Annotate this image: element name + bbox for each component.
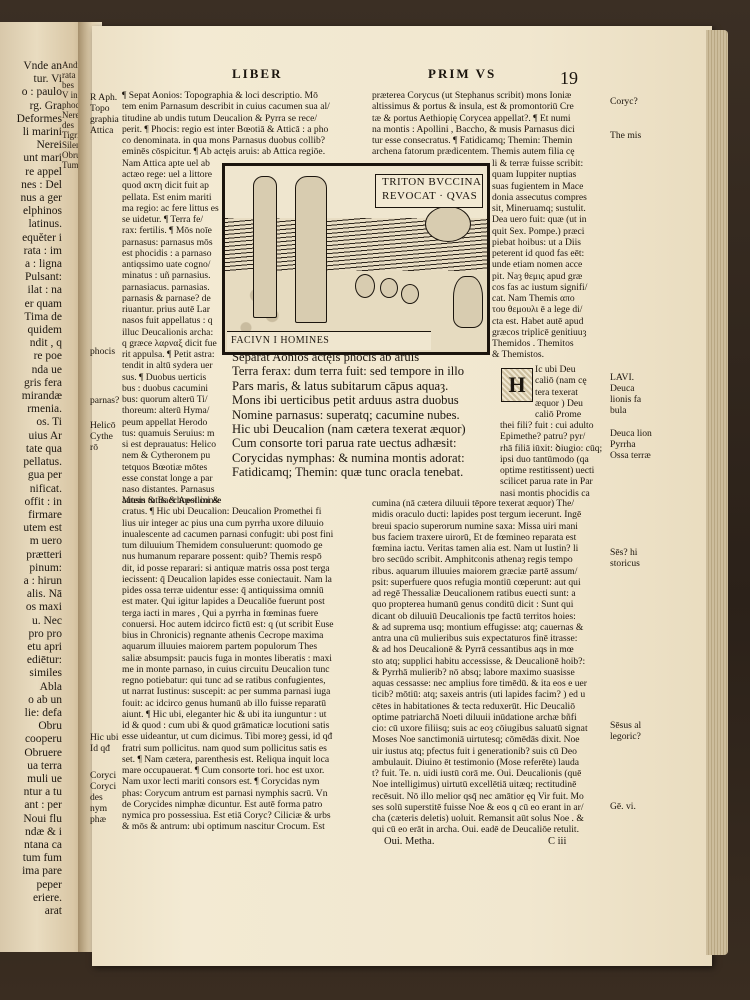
woodcut-banner: TRITON BVCCINA REVOCAT · QVAS	[375, 174, 483, 208]
text-line: thei fili? fuit : cui adulto	[500, 420, 606, 431]
text-line: Noui flu	[0, 813, 62, 826]
text-line: cat. Nam Themis απο	[492, 293, 604, 304]
text-line: Moses Noe sanctimoniā uirtutesq; cōmēdās…	[372, 734, 608, 745]
text-line: saliæ absumpsit: paucis fuga in montes l…	[122, 653, 368, 664]
text-line: dit, id posse reparari: si antiquæ matri…	[122, 563, 368, 574]
text-line: tum diluuium Themidem consuluerunt: quom…	[122, 540, 368, 551]
text-line: Dea uero fuit: quæ (ut in	[492, 214, 604, 225]
text-line: rmenia.	[0, 403, 62, 416]
text-line: cratus. ¶ Hic ubi Deucalion: Deucalion P…	[122, 506, 368, 517]
text-line: Noe intelligimus) uirtutū excellētiā uit…	[372, 779, 608, 790]
text-line: Musis & Bacchoest conse	[122, 495, 368, 506]
figure-emerging-person	[401, 284, 419, 304]
text-line: pinum:	[0, 562, 62, 575]
text-line: cta est. Habet autē apud	[492, 316, 604, 327]
text-line: o : paulo	[0, 86, 62, 99]
text-line: alis. Nā	[0, 588, 62, 601]
text-line: set. ¶ Nam cætera, parenthesis est. Reli…	[122, 754, 368, 765]
text-line: ut narrat Iustinus: suscepit: ac per sum…	[122, 686, 368, 697]
text-line: bus faciem traxere uirorū, Et de fœmineo…	[372, 532, 608, 543]
text-line: unt mari	[0, 152, 62, 165]
text-line: mare occupauerat. ¶ Cum consorte tori. h…	[122, 765, 368, 776]
text-line: rg. Gra	[0, 100, 62, 113]
text-line: Nomine parnasus: superatq; cacumine nube…	[232, 408, 466, 422]
margin-note: Hic ubi Id qđ	[90, 732, 122, 754]
text-line: quam Iuppiter nuptias	[492, 169, 604, 180]
text-line: Deformes	[0, 113, 62, 126]
commentary-right-column: cumina (nā cætera diluuii tēpore texerat…	[372, 498, 608, 836]
text-line: lie: defa	[0, 707, 62, 720]
text-line: fouit: ac idcirco genus humanū ab illo f…	[122, 698, 368, 709]
text-line: piebat hoibus: ut a Diis	[492, 237, 604, 248]
text-line: Pars maris, & latus subitarum cāpus aqua…	[232, 379, 466, 393]
text-line: q græce λαρναξ dicit fue	[122, 338, 220, 349]
text-line: unde etiam nomen acce	[492, 259, 604, 270]
text-line: Fatidicamq; Themin: quæ tunc oracla tene…	[232, 465, 466, 479]
text-line: Corycidas nymphas: & numina montis adora…	[232, 451, 466, 465]
text-line: cumina (nā cætera diluuii tēpore texerat…	[372, 498, 608, 509]
text-line: & ad suprema usq; montium effugisse: atq…	[372, 622, 608, 633]
text-line: ses solū superstitē fuisse Noe & eos q c…	[372, 802, 608, 813]
woodcut-caption: FACIVN I HOMINES	[227, 331, 431, 350]
text-line: offit : in	[0, 496, 62, 509]
text-line: bius in Chronicis) regnante athenis Cecr…	[122, 630, 368, 641]
text-line: er quam	[0, 298, 62, 311]
text-line: rhā filiā iūxit: ꝺiugio: cūq;	[500, 443, 606, 454]
text-line: Mons ibi uerticibus petit arduus astra d…	[232, 393, 466, 407]
text-line: elphinos	[0, 205, 62, 218]
text-line: nymica pro possessiua. Est etiā Coryc? C…	[122, 810, 368, 821]
text-line: equĕter i	[0, 232, 62, 245]
text-line: u. Nec	[0, 615, 62, 628]
text-line: tum fum	[0, 852, 62, 865]
text-line: του θεμουλι ē a lege di/	[492, 304, 604, 315]
footer-source-note: Oui. Metha.	[384, 836, 434, 847]
commentary-right-narrow: li & terræ fuisse scribit:quam Iuppiter …	[492, 158, 604, 361]
text-line: sit, Mineruamq; sustulit.	[492, 203, 604, 214]
text-line: m uero	[0, 535, 62, 548]
banner-line: TRITON BVCCINA	[382, 175, 482, 189]
text-line: sto atq; supplici habitu accessisse, & D…	[372, 656, 608, 667]
text-line: t? fuit. Te. n. uidi iustū corā me. Oui.…	[372, 768, 608, 779]
margin-note: LAVI. Deuca lionis fa bula	[610, 372, 654, 416]
text-line: nem & Cytheronem pu	[122, 450, 220, 461]
text-line: id & quod : cum ubi & quod grāmaticæ loc…	[122, 720, 368, 731]
figure-emerging-person	[355, 274, 375, 298]
commentary-left-column: Musis & Bacchoest consecratus. ¶ Hic ubi…	[122, 495, 368, 833]
text-line: rax: fertilis. ¶ Mōs noīe	[122, 225, 220, 236]
text-line: & Themistos.	[492, 349, 604, 360]
text-line: ua terra	[0, 760, 62, 773]
commentary-intro: ¶ Sepat Aonios: Topographia & loci descr…	[122, 90, 368, 169]
text-line: Themidos . Themitos	[492, 338, 604, 349]
text-line: ad regē Thessaliæ Deucalionem ratibus eu…	[372, 588, 608, 599]
text-line: ima pare	[0, 865, 62, 878]
text-line: Abla	[0, 681, 62, 694]
text-line: parnasus: parnasus mōs	[122, 237, 220, 248]
running-head-left: LIBER	[232, 66, 282, 82]
text-line: qui cū eo erāt in archa. Oui. eadē de De…	[372, 824, 608, 835]
text-line: eriere.	[0, 892, 62, 905]
text-line: parnasiacus. parnasias.	[122, 282, 220, 293]
text-line: tera texerat	[535, 387, 607, 398]
text-line: muli ue	[0, 773, 62, 786]
text-line: cētes in habitationes & tecta reduxerūt.…	[372, 701, 608, 712]
text-line: riuantur. prius autē Lar	[122, 304, 220, 315]
text-line: firmare	[0, 509, 62, 522]
text-line: nificat.	[0, 483, 62, 496]
text-line: li & terræ fuisse scribit:	[492, 158, 604, 169]
text-line: bus: quorum alterū Ti/	[122, 394, 220, 405]
text-line: antiqssimo uate cogno/	[122, 259, 220, 270]
text-line: breui spacio superorum numine saxa: Miss…	[372, 521, 608, 532]
text-line: peper	[0, 879, 62, 892]
text-line: rata : im	[0, 245, 62, 258]
text-line: tem enim Parnasum describit in cuius cac…	[122, 101, 368, 112]
text-line: Obruere	[0, 747, 62, 760]
text-line: pides ossa terræ uidentur esse: q̄ antiq…	[122, 585, 368, 596]
text-line: uius Ar	[0, 430, 62, 443]
text-line: est phocidis : a parnaso	[122, 248, 220, 259]
text-line: gua per	[0, 469, 62, 482]
text-line: tate qua	[0, 443, 62, 456]
text-line: est mater. Qui igitur lapides a Deucaliō…	[122, 596, 368, 607]
text-line: tendit in altū sydera uer	[122, 360, 220, 371]
text-line: arat	[0, 905, 62, 918]
text-line: a : ligna	[0, 258, 62, 271]
text-line: Pulsant:	[0, 271, 62, 284]
text-line: ¶ Sepat Aonios: Topographia & loci descr…	[122, 90, 368, 101]
text-line: Obru	[0, 720, 62, 733]
text-line: terga iacti in mares , Qui a pyrrha in f…	[122, 608, 368, 619]
text-line: se uidetur. ¶ Terra fe/	[122, 214, 220, 225]
text-line: aquarum illuuies maiorem partem populoru…	[122, 641, 368, 652]
text-line: lius uir integer ac pius una cum pyrrha …	[122, 518, 368, 529]
running-head-right: PRIM VS	[428, 66, 496, 82]
left-page-text: Vnde antur. Vio : paulorg. GraDeformesli…	[0, 60, 62, 918]
margin-note: Sēsus al legoric?	[610, 720, 654, 742]
text-line: æquor ) Deu	[535, 398, 607, 409]
margin-note: Coryci Coryci des nym phæ	[90, 770, 122, 825]
text-line: fratri sum pollicitus. nam quod sum poll…	[122, 743, 368, 754]
text-line: Vnde an	[0, 60, 62, 73]
text-line: illuc Deucalionis archa:	[122, 327, 220, 338]
text-line: psit: superfuere quos refugia montiū cœp…	[372, 577, 608, 588]
text-line: pro pro	[0, 628, 62, 641]
text-line: præterea Corycus (ut Stephanus scribit) …	[372, 90, 600, 101]
text-line: perit. ¶ Phocis: regio est inter Bœotiā …	[122, 124, 368, 135]
text-line: co denominata. in qua mons Parnasus duob…	[122, 135, 368, 146]
text-line: cooperu	[0, 733, 62, 746]
text-line: nus humanum reparare possent: quib? Them…	[122, 551, 368, 562]
text-line: re appel	[0, 166, 62, 179]
text-line: similes	[0, 667, 62, 680]
text-line: ntana ca	[0, 839, 62, 852]
text-line: ma regio: ac fere littus es	[122, 203, 220, 214]
figure-deucalion	[253, 176, 277, 318]
text-line: rit appulsa. ¶ Petit astra:	[122, 349, 220, 360]
commentary-narrow-column: actæo rege: uel a littorequod ακτη dicit…	[122, 169, 220, 507]
text-line: optime restitissent) uecti	[500, 465, 606, 476]
text-line: tur. Vi	[0, 73, 62, 86]
text-line: ilat : na	[0, 284, 62, 297]
text-line: & Pyrrhā mulierib? nō absq; labore maxim…	[372, 667, 608, 678]
text-line: tus: quamuis Seruius: m	[122, 428, 220, 439]
text-line: Nerei	[0, 139, 62, 152]
text-line: ndit , q	[0, 337, 62, 350]
figure-pyrrha	[295, 176, 327, 323]
page-edges	[706, 30, 728, 955]
text-line: Separat Aonios actęis phocis ab aruis	[232, 350, 466, 364]
text-line: esse uideantur, ut cum dicimus. Tibi mor…	[122, 731, 368, 742]
margin-note: Sēs? hi storicus	[610, 547, 654, 569]
commentary-initial-lines: Ic ubi Deucaliō (nam cętera texeratæquor…	[535, 364, 607, 420]
text-line: Hic ubi Deucalion (nam cætera texerat æq…	[232, 422, 466, 436]
text-line: pellata. Est enim mariti	[122, 192, 220, 203]
text-line: a : hirun	[0, 575, 62, 588]
text-line: Epimethe? patru? pyr/	[500, 431, 606, 442]
text-line: etu apri	[0, 641, 62, 654]
margin-note: Gē. vi.	[610, 801, 654, 812]
text-line: ant : per	[0, 799, 62, 812]
text-line: ntur a tu	[0, 786, 62, 799]
text-line: gris fera	[0, 377, 62, 390]
text-line: quit Sex. Pompe.) præci	[492, 226, 604, 237]
text-line: ambulauit. Diuino ēt testimonio (Mose re…	[372, 757, 608, 768]
text-line: re poe	[0, 350, 62, 363]
text-line: peum appellat Herodo	[122, 417, 220, 428]
text-line: cio: cū uxore filiisq; suis ac eoȝ cōiug…	[372, 723, 608, 734]
text-line: pit. Naȝ θεμις apud græ	[492, 271, 604, 282]
commentary-after-initial: thei fili? fuit : cui adultoEpimethe? pa…	[500, 420, 606, 499]
text-line: li marini	[0, 126, 62, 139]
banner-line: REVOCAT · QVAS	[382, 189, 482, 203]
text-line: de Corycides nimphæ dicuntur. Est autē f…	[122, 799, 368, 810]
text-line: antra una cū mulieribus suis expectaturo…	[372, 633, 608, 644]
text-line: Terra ferax: dum terra fuit: sed tempore…	[232, 364, 466, 378]
text-line: aiunt. ¶ Hic ubi, eleganter hic & ubi it…	[122, 709, 368, 720]
text-line: o ab un	[0, 694, 62, 707]
text-line: phas: Corycum antrum est parnasi nymphis…	[122, 788, 368, 799]
margin-note: parnas?	[90, 395, 122, 406]
woodcut-illustration: TRITON BVCCINA REVOCAT · QVAS FACIVN I H…	[222, 163, 490, 355]
text-line: Cum consorte tori parua rate uectus adhæ…	[232, 436, 466, 450]
page-number: 19	[560, 68, 578, 89]
text-line: fœmina iactu. Veritas tamen alia est. Na…	[372, 543, 608, 554]
text-line: & mōs & antrum: ubi optimum nascitur Cro…	[122, 821, 368, 832]
text-line: inualescente ad cacumen parnasi confugit…	[122, 529, 368, 540]
text-line: sus. ¶ Duobus uerticis	[122, 372, 220, 383]
text-line: thoreum: alterū Hyma/	[122, 405, 220, 416]
text-line: Ic ubi Deu	[535, 364, 607, 375]
text-line: os. Ti	[0, 416, 62, 429]
verse-block: Separat Aonios actęis phocis ab aruisTer…	[232, 350, 466, 480]
margin-note: The mis	[610, 130, 654, 141]
text-line: titudine ab undis tutum Deucalion & Pyrr…	[122, 113, 368, 124]
text-line: actæo rege: uel a littore	[122, 169, 220, 180]
text-line: esse constat longe a par	[122, 473, 220, 484]
text-line: pellatus.	[0, 456, 62, 469]
text-line: tetquos Bœotiæ mōtes	[122, 462, 220, 473]
text-line: nda ue	[0, 364, 62, 377]
text-line: recēsuit. Nō illo melior qsq̄ nec amātio…	[372, 791, 608, 802]
text-line: iecissent: q̄ Deucalion lapides esse con…	[122, 574, 368, 585]
text-line: altissimus & portus & insula, est & prom…	[372, 101, 600, 112]
text-line: utem est	[0, 522, 62, 535]
text-line: prætteri	[0, 549, 62, 562]
text-line: quod ακτη dicit fuit ap	[122, 180, 220, 191]
text-line: latinus.	[0, 218, 62, 231]
margin-note: Helicō Cythe rō	[90, 420, 122, 453]
text-line: nus a ger	[0, 192, 62, 205]
text-line: nasos fuit appellatus : q	[122, 315, 220, 326]
text-line: aquas cessasse: nec amplius fore timēdū.…	[372, 678, 608, 689]
text-line: naso distantes. Parnasus	[122, 484, 220, 495]
text-line: regno potiebatur: qui tunc ad se ratibus…	[122, 675, 368, 686]
decorated-initial-letter: H	[501, 368, 533, 402]
text-line: cos fas ac iustum signifi/	[492, 282, 604, 293]
text-line: optime patriarchā Noeti diluuii inūdatio…	[372, 712, 608, 723]
margin-note: R Aph. Topo graphia Attica	[90, 92, 122, 136]
text-line: ipsi duo tantūmodo (qa	[500, 454, 606, 465]
text-line: ribus. aquarum illuuies maiorem græciæ p…	[372, 566, 608, 577]
text-line: ediētur:	[0, 654, 62, 667]
text-line: quidem	[0, 324, 62, 337]
text-line: caliō (nam cę	[535, 375, 607, 386]
text-line: bus : duobus cacumini	[122, 383, 220, 394]
text-line: mirandæ	[0, 390, 62, 403]
text-line: uir iustus atq; pfectus fuit i generatio…	[372, 746, 608, 757]
text-line: Tima de	[0, 311, 62, 324]
figure-triton-shell	[425, 206, 471, 242]
figure-seated-person	[453, 276, 483, 328]
text-line: me in monte parnaso, in cuius circuitu D…	[122, 664, 368, 675]
text-line: eminēs cōspicitur. ¶ Ab actęis aruis: ab…	[122, 146, 368, 157]
text-line: dicant ob diluuiū Deucalionis tpe factū …	[372, 611, 608, 622]
figure-emerging-person	[380, 278, 398, 298]
text-line: Nam uxor lecti mariti consors est. ¶ Cor…	[122, 776, 368, 787]
margin-note: Coryc?	[610, 96, 654, 107]
text-line: conuersi. Hoc autem idcirco fictū est: q…	[122, 619, 368, 630]
text-line: archena fatorum prædicentem. Themis aute…	[372, 146, 600, 157]
text-line: suas fugientem in Mace	[492, 181, 604, 192]
text-line: os maxi	[0, 601, 62, 614]
text-line: minatus : uñ parnasius.	[122, 270, 220, 281]
text-line: quo propterea humanū genus conditū dicit…	[372, 599, 608, 610]
text-line: ticib? mōtiū: atq; saxeis antris (uti la…	[372, 689, 608, 700]
text-line: si est deprauatus: Helico	[122, 439, 220, 450]
text-line: parnasis & parnase? de	[122, 293, 220, 304]
text-line: midis oraculo ducti: lapides post tergum…	[372, 509, 608, 520]
margin-note: phocis	[90, 346, 122, 357]
text-line: cha (cæteris deletis) uoluit. Remansit a…	[372, 813, 608, 824]
text-line: donia assecutus compres	[492, 192, 604, 203]
text-line: caliō Prome	[535, 409, 607, 420]
commentary-right-top: præterea Corycus (ut Stephanus scribit) …	[372, 90, 600, 158]
text-line: tur esse consecratus. ¶ Fatidicamq; Them…	[372, 135, 600, 146]
text-line: na montis : Apollini , Baccho, & musis P…	[372, 124, 600, 135]
text-line: peterent id quod fas eēt:	[492, 248, 604, 259]
margin-note: Deuca lion Pyrrha Ossa terræ	[610, 428, 654, 461]
text-line: tæ & portus Aethiopię Corycea appellat?.…	[372, 113, 600, 124]
text-line: ndæ & i	[0, 826, 62, 839]
text-line: græcos triplicē genitiuuȝ	[492, 327, 604, 338]
text-line: bro secūdo scribit. Amphitconis athenaȝ …	[372, 554, 608, 565]
text-line: scilicet parua rate in Par	[500, 476, 606, 487]
text-line: nes : Del	[0, 179, 62, 192]
text-line: & ad hos Deucalionē & Pyrrā cessantibus …	[372, 644, 608, 655]
footer-signature: C iii	[548, 836, 566, 847]
